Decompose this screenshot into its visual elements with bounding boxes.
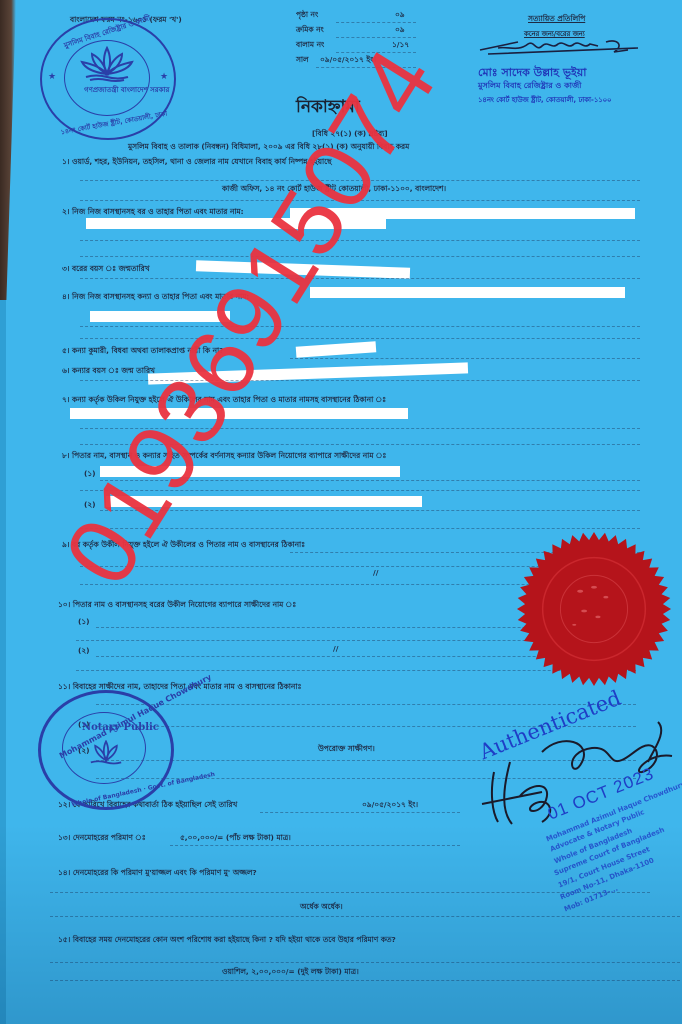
- serial-number: ০৯: [395, 25, 405, 37]
- item-11-value: উপরোক্ত সাক্ষীগণ।: [318, 744, 375, 756]
- redacted-bride-name: [310, 287, 625, 298]
- item-6-label: ৬। কন্যার বয়স ঃ জন্ম তারিখ: [62, 366, 155, 378]
- red-embossed-seal: [515, 530, 673, 688]
- lotus-icon: [80, 46, 134, 82]
- paper-edge-shadow: [0, 0, 16, 300]
- redacted-bride-status: [296, 341, 377, 358]
- item-10-label: ১০। পিতার নাম ও বাসস্থানসহ বরের উকীল নিয…: [58, 600, 296, 612]
- lotus-icon: [86, 740, 126, 766]
- item-3-label: ৩। বরের বয়স ঃ জন্মতারিখ: [62, 264, 150, 276]
- page-number: ০৯: [395, 10, 405, 22]
- registrar-signature: [478, 36, 648, 60]
- item-12-value: ০৯/০৫/২০১৭ ইং।: [362, 800, 418, 812]
- photo-shadow: [0, 824, 682, 1024]
